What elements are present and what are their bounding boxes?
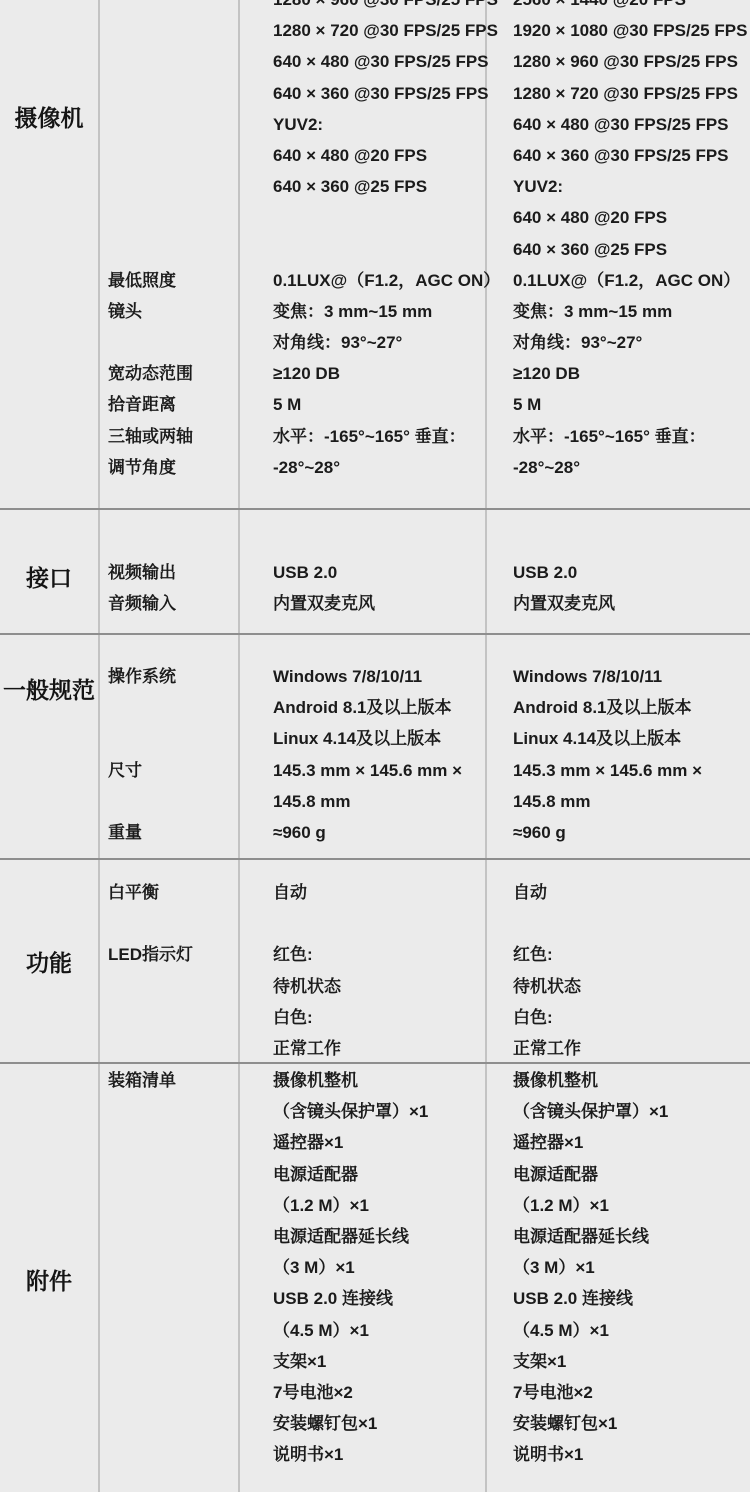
section-camera-label: 摄像机 [0, 105, 98, 131]
features-spec-labels: 白平衡 LED指示灯 [108, 877, 193, 1064]
column-divider-1 [98, 0, 100, 1492]
section-features-label: 功能 [0, 950, 98, 976]
interface-product1-values: USB 2.0内置双麦克风 [273, 557, 375, 619]
accessories-spec-labels: 装箱清单 [108, 1065, 176, 1470]
accessories-product1-values: 摄像机整机（含镜头保护罩）×1遥控器×1电源适配器（1.2 M）×1电源适配器延… [273, 1065, 428, 1470]
section-interface-label: 接口 [0, 565, 98, 591]
column-divider-2 [238, 0, 240, 1492]
section-general-label: 一般规范 [0, 677, 98, 703]
spec-comparison-table: 摄像机 最低照度镜头 宽动态范围拾音距离三轴或两轴调节角度 1280 × 960… [0, 0, 750, 1492]
features-product2-values: 自动 红色:待机状态白色:正常工作 [513, 877, 581, 1064]
interface-spec-labels: 视频输出音频输入 [108, 557, 176, 619]
section-divider-interface-general [0, 633, 750, 635]
features-product1-values: 自动 红色:待机状态白色:正常工作 [273, 877, 341, 1064]
camera-product1-values: 1280 × 960 @30 FPS/25 FPS1280 × 720 @30 … [273, 0, 500, 483]
general-product2-values: Windows 7/8/10/11Android 8.1及以上版本Linux 4… [513, 661, 702, 848]
camera-spec-labels: 最低照度镜头 宽动态范围拾音距离三轴或两轴调节角度 [108, 0, 193, 483]
camera-product2-values: 2560 × 1440 @20 FPS1920 × 1080 @30 FPS/2… [513, 0, 747, 483]
section-accessories-label: 附件 [0, 1268, 98, 1294]
general-spec-labels: 操作系统 尺寸 重量 [108, 661, 176, 848]
section-divider-general-features [0, 858, 750, 860]
interface-product2-values: USB 2.0内置双麦克风 [513, 557, 615, 619]
section-divider-camera-interface [0, 508, 750, 510]
general-product1-values: Windows 7/8/10/11Android 8.1及以上版本Linux 4… [273, 661, 462, 848]
accessories-product2-values: 摄像机整机（含镜头保护罩）×1遥控器×1电源适配器（1.2 M）×1电源适配器延… [513, 1065, 668, 1470]
